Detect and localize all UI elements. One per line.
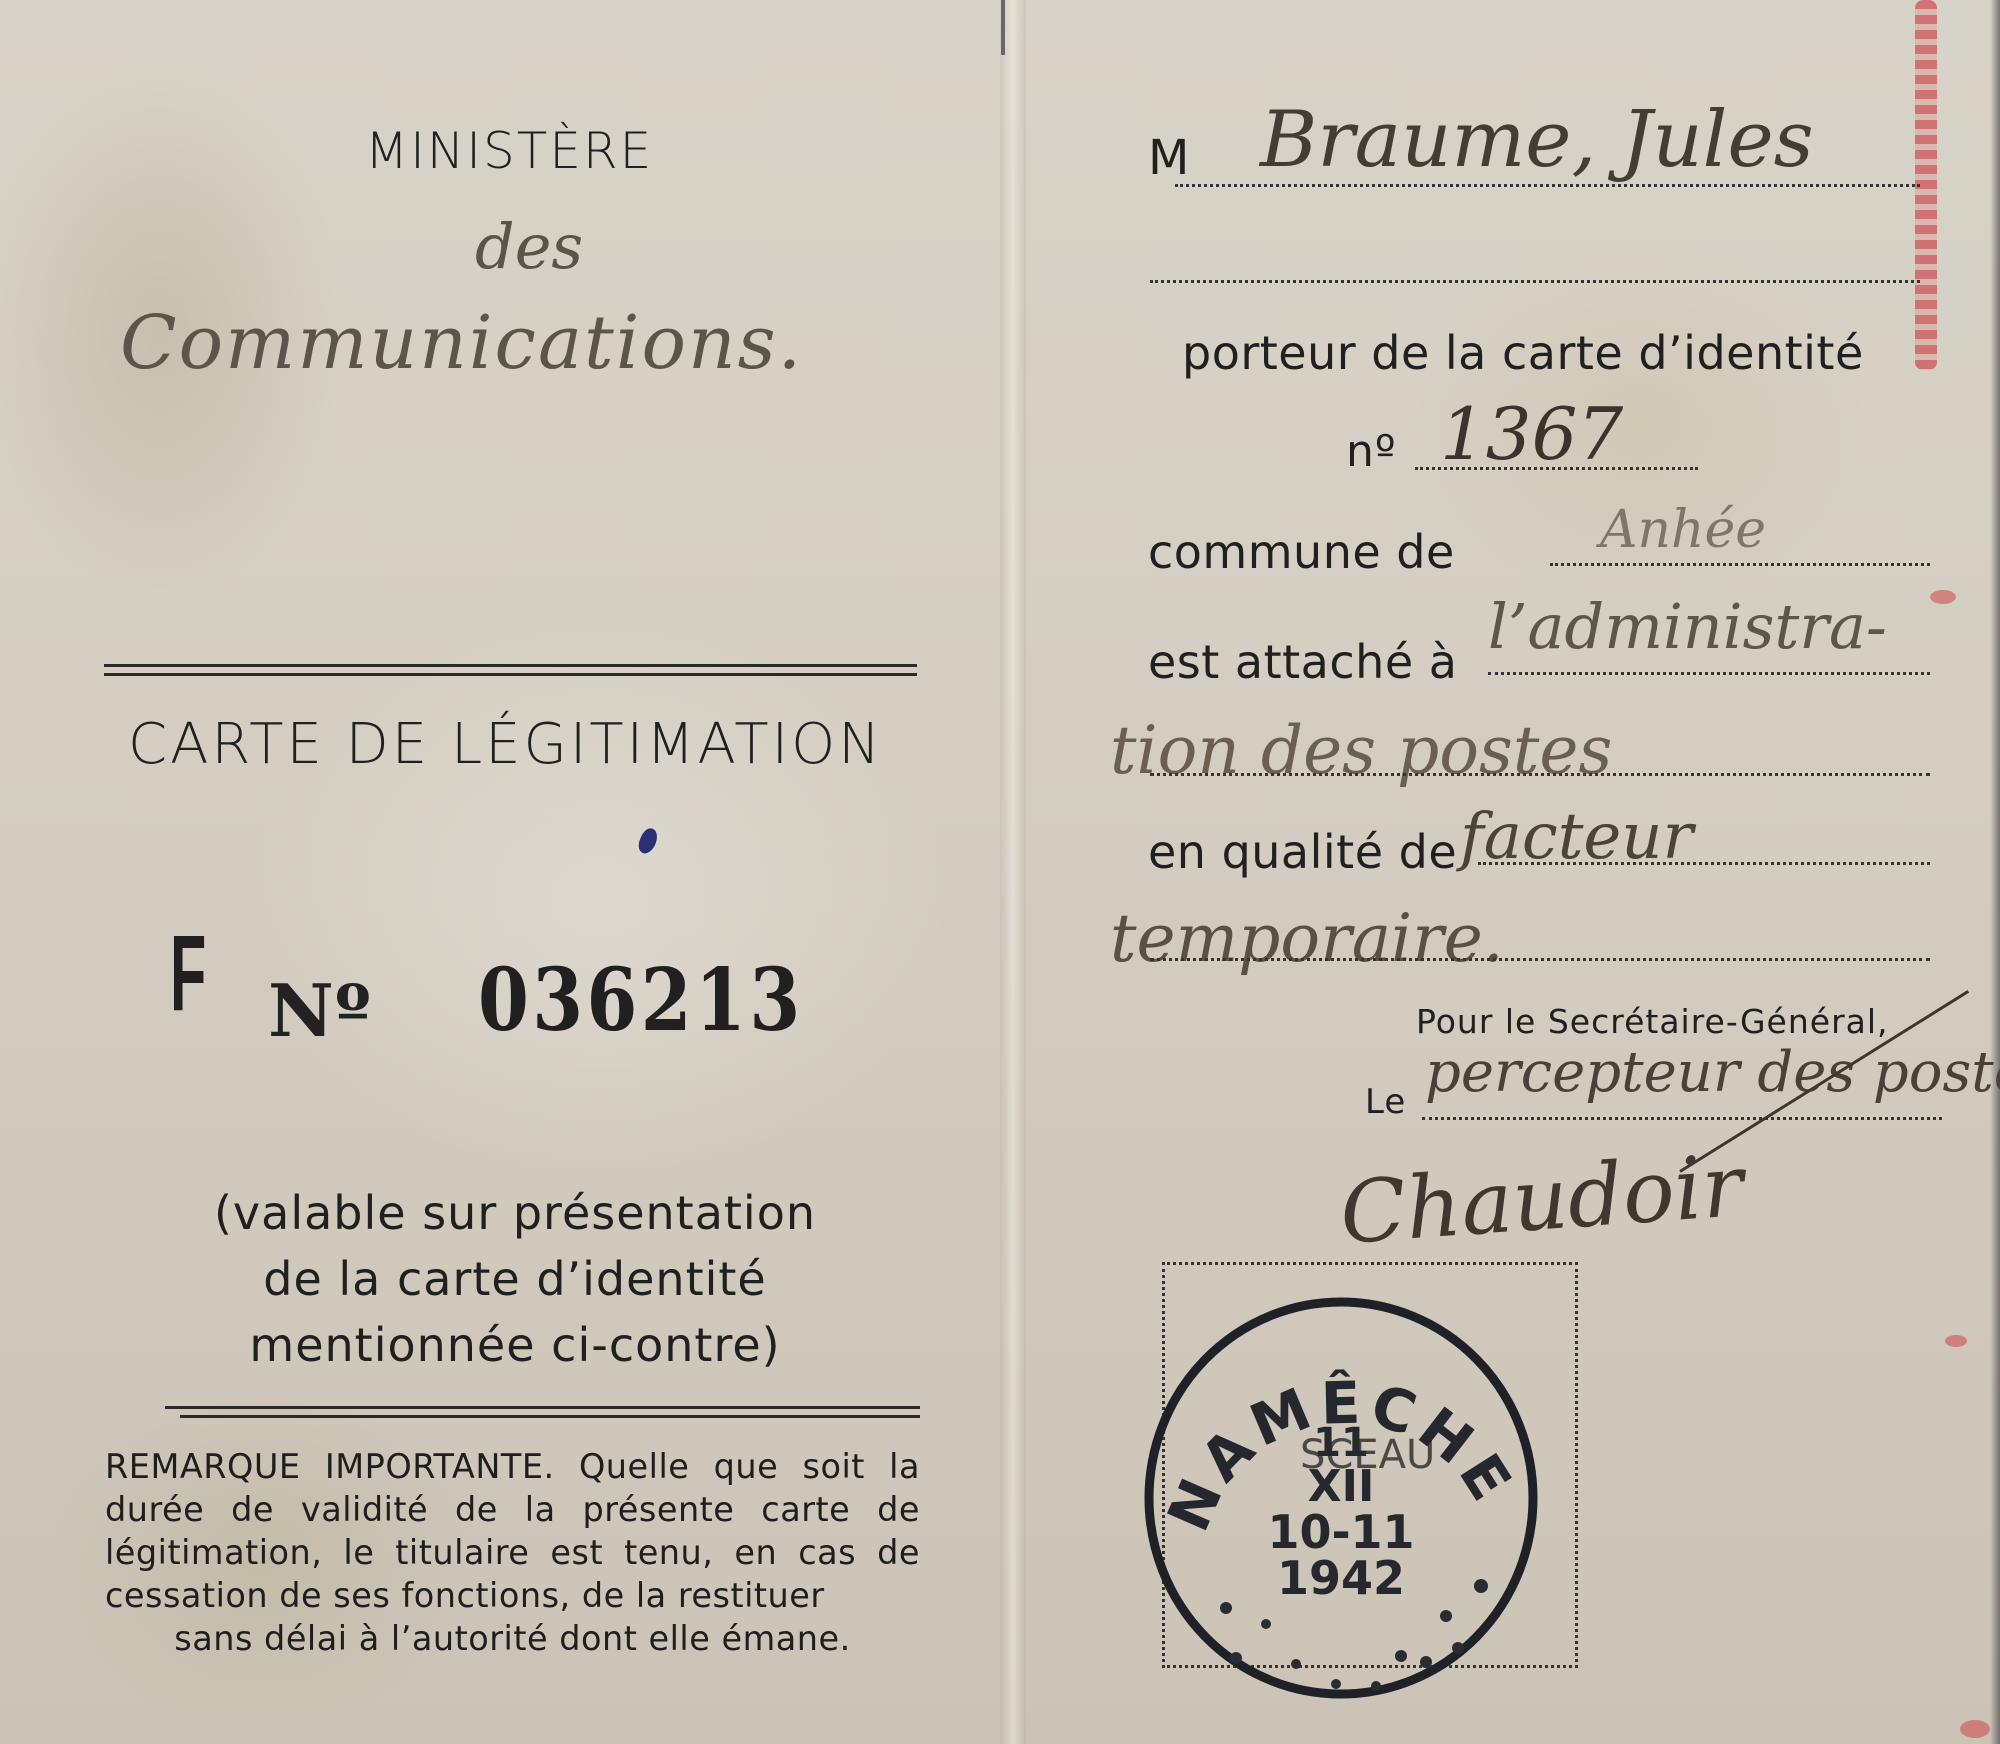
validity-line: mentionnée ci-contre) [185,1312,845,1378]
commune-line [1550,563,1930,566]
ministry-handwritten-name: Communications. [120,300,803,386]
card-title: CARTE DE LÉGITIMATION [128,712,883,777]
divider-rule [104,664,917,667]
remark-heading: REMARQUE IMPORTANTE. [105,1447,555,1486]
svg-text:1942: 1942 [1277,1551,1405,1605]
signature: Chaudoir [1337,1136,1746,1264]
center-fold [1000,0,1026,1744]
red-stain [1930,590,1956,604]
validity-note: (valable sur présentation de la carte d’… [185,1180,845,1378]
serial-prefix: Nº [268,968,372,1053]
divider-rule [180,1415,920,1418]
holder-name-line-2 [1150,280,1920,283]
signatory-line [1422,1117,1942,1120]
attached-value: l’administra- [1488,590,1887,663]
remark-last-line: sans délai à l’autorité dont elle émane. [105,1617,920,1660]
important-remark: REMARQUE IMPORTANTE. Quelle que soit la … [105,1445,920,1660]
validity-line: de la carte d’identité [185,1246,845,1312]
signatory-for: Pour le Secrétaire-Général, [1416,1002,1889,1041]
holder-name: Braume, Jules [1260,95,1814,185]
role-value-continued: temporaire. [1110,900,1504,977]
holder-label: M [1148,130,1190,186]
id-card-label: porteur de la carte d’identité [1182,326,1864,380]
attached-line [1488,672,1930,675]
svg-text:11: 11 [1313,1420,1369,1466]
role-line-2 [1150,958,1930,961]
page-edge-shadow [1990,0,2000,1744]
signatory-prefix: Le [1365,1082,1406,1122]
id-number: 1367 [1440,392,1623,476]
red-stain [1960,1720,1990,1738]
commune-value: Anhée [1600,500,1766,560]
postmark-stamp: NAMÊCHE 11 XII 10-11 1942 [1136,1286,1546,1706]
serial-letter: F [170,910,207,1035]
ministry-heading: MINISTÈRE [365,122,653,180]
divider-rule [104,673,917,676]
postmark-circle-icon: NAMÊCHE 11 XII 10-11 1942 [1136,1286,1546,1706]
ink-mark [1001,0,1005,55]
role-label: en qualité de [1148,825,1457,879]
red-stain [1945,1335,1967,1347]
ministry-handwritten-des: des [475,210,583,283]
role-value: facteur [1460,800,1693,874]
id-number-label: nº [1346,426,1397,477]
attached-label: est attaché à [1148,635,1457,689]
commune-label: commune de [1148,525,1455,579]
attached-value-continued: tion des postes [1110,712,1612,789]
ink-blot [635,826,660,856]
divider-rule [165,1406,920,1409]
serial-number: 036213 [478,950,804,1051]
signatory-title: percepteur des postes, [1425,1040,2000,1105]
validity-line: (valable sur présentation [185,1180,845,1246]
legitimation-card: MINISTÈRE des Communications. CARTE DE L… [0,0,2000,1744]
attached-line-2 [1150,773,1930,776]
